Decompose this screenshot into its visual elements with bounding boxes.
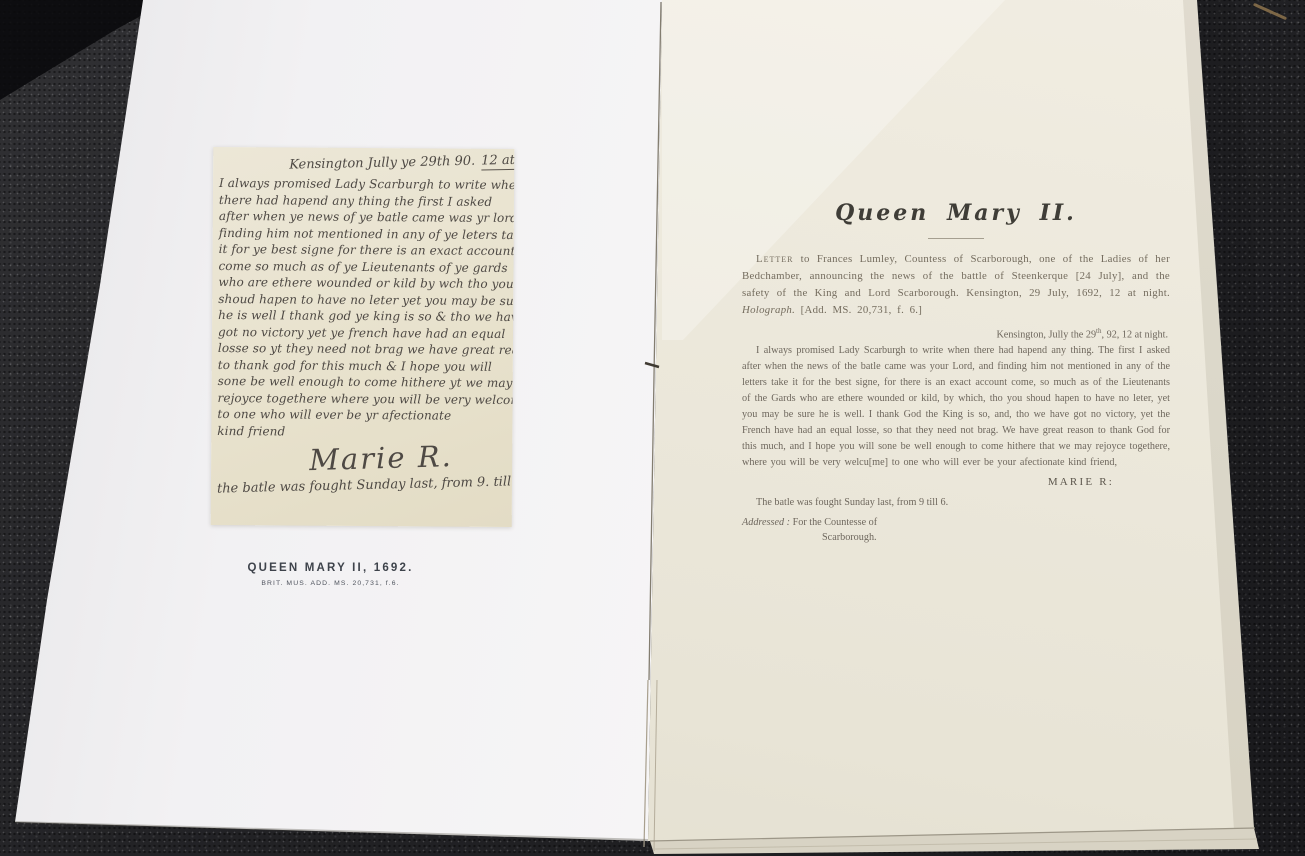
- handwriting-line: shoud hapen to have no leter yet you may…: [218, 290, 510, 309]
- handwriting-line: come so much as of ye Lieutenants of ye …: [218, 257, 510, 276]
- plate-caption-source: BRIT. MUS. ADD. MS. 20,731, f.6.: [228, 580, 433, 587]
- handwriting-line: got no victory yet ye french have had an…: [218, 323, 510, 342]
- handwriting-line: who are ethere wounded or kild by wch th…: [218, 274, 510, 293]
- letter-body-paragraph: I always promised Lady Scarburgh to writ…: [742, 343, 1170, 471]
- title-rule: [928, 238, 984, 239]
- handwriting-line: there had hapend any thing the first I a…: [219, 191, 511, 210]
- handwriting-time-underlined: 12 at night: [481, 152, 514, 171]
- handwriting-line: finding him not mentioned in any of ye l…: [219, 224, 511, 243]
- plate-caption-title: QUEEN MARY II, 1692.: [228, 562, 433, 574]
- handwriting-content: Kensington Jully ye 29th 90.12 at night …: [211, 147, 514, 494]
- addressed-line: Addressed : For the Countesse of: [742, 517, 1170, 528]
- handwriting-line: losse so yt they need not brag we have g…: [218, 340, 510, 359]
- photo-of-open-book: Kensington Jully ye 29th 90.12 at night …: [0, 0, 1305, 856]
- handwriting-line: after when ye news of ye batle came was …: [219, 208, 511, 227]
- handwriting-line: sone be well enough to come hithere yt w…: [218, 373, 510, 392]
- handwriting-postscript: the batle was fought Sunday last, from 9…: [217, 474, 509, 496]
- handwriting-line: rejoyce togethere where you will be very…: [218, 389, 510, 408]
- handwriting-signature: Marie R.: [309, 438, 510, 478]
- handwriting-line: to thank god for this much & I hope you …: [218, 356, 510, 375]
- handwriting-heading: Kensington Jully ye 29th 90.12 at night: [289, 153, 511, 173]
- page-title: Queen Mary II.: [742, 200, 1170, 226]
- printed-transcription: Queen Mary II. Letter to Frances Lumley,…: [742, 200, 1170, 543]
- dateline: Kensington, Jully the 29th, 92, 12 at ni…: [742, 327, 1170, 340]
- headnote-body: to Frances Lumley, Countess of Scarborou…: [742, 253, 1170, 299]
- headnote-reference: [Add. MS. 20,731, f. 6.]: [795, 304, 922, 316]
- letter-facsimile: Kensington Jully ye 29th 90.12 at night …: [211, 147, 515, 527]
- handwriting-line: he is well I thank god ye king is so & t…: [218, 307, 510, 326]
- headnote-holograph: Holograph.: [742, 304, 795, 316]
- handwriting-line: it for ye best signe for there is an exa…: [219, 241, 511, 260]
- plate-caption: QUEEN MARY II, 1692. BRIT. MUS. ADD. MS.…: [228, 562, 433, 587]
- printed-signature: MARIE R:: [742, 476, 1114, 488]
- dateline-pre: Kensington, Jully the 29: [996, 329, 1096, 340]
- handwriting-date: Kensington Jully ye 29th 90.: [289, 154, 475, 173]
- headnote: Letter to Frances Lumley, Countess of Sc…: [742, 251, 1170, 319]
- printed-postscript: The batle was fought Sunday last, from 9…: [756, 497, 1170, 508]
- handwriting-lines: I always promised Lady Scarburgh to writ…: [217, 175, 511, 441]
- addressed-text: For the Countesse of: [790, 517, 877, 528]
- handwriting-line: I always promised Lady Scarburgh to writ…: [219, 175, 511, 194]
- handwriting-line: to one who will ever be yr afectionate: [217, 406, 509, 425]
- addressed-line2: Scarborough.: [822, 532, 1170, 543]
- dateline-post: , 92, 12 at night.: [1102, 329, 1169, 340]
- addressed-label: Addressed :: [742, 517, 790, 528]
- headnote-lead-word: Letter: [756, 253, 793, 265]
